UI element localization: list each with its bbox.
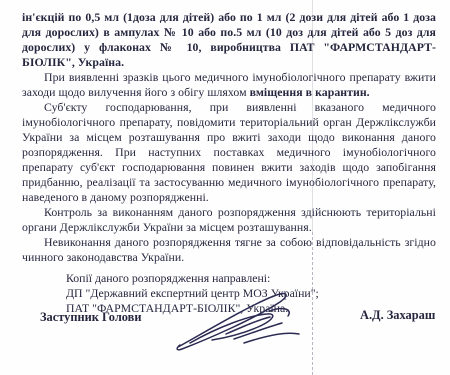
bold-text-segment: ін'єкцій по 0,5 мл (1доза для дітей) або… — [22, 10, 436, 69]
text-segment: Невиконання даного розпорядження тягне з… — [22, 235, 436, 264]
document-body: ін'єкцій по 0,5 мл (1доза для дітей) або… — [22, 10, 436, 316]
signer-position-label: Заступник Голови — [40, 310, 142, 325]
copies-heading: Копії даного розпорядження направлені: — [66, 271, 436, 286]
bold-text-segment: вміщення в карантин. — [250, 85, 370, 99]
paragraph-list: ін'єкцій по 0,5 мл (1доза для дітей) або… — [22, 10, 436, 265]
document-paragraph: Контроль за виконанням даного розпорядже… — [22, 205, 436, 235]
document-paragraph: При виявленні зразків цього медичного ім… — [22, 70, 436, 100]
text-segment: Суб'єкту господарювання, при виявленні в… — [22, 100, 436, 204]
handwritten-signature-icon — [170, 289, 304, 355]
signer-name: А.Д. Захараш — [360, 308, 435, 323]
text-segment: При виявленні зразків цього медичного ім… — [22, 70, 436, 99]
document-paragraph: Невиконання даного розпорядження тягне з… — [22, 235, 436, 265]
document-paragraph: ін'єкцій по 0,5 мл (1доза для дітей) або… — [22, 10, 436, 70]
document-paragraph: Суб'єкту господарювання, при виявленні в… — [22, 100, 436, 205]
text-segment: Контроль за виконанням даного розпорядже… — [22, 205, 436, 234]
scanned-document-page: ін'єкцій по 0,5 мл (1доза для дітей) або… — [0, 0, 450, 375]
